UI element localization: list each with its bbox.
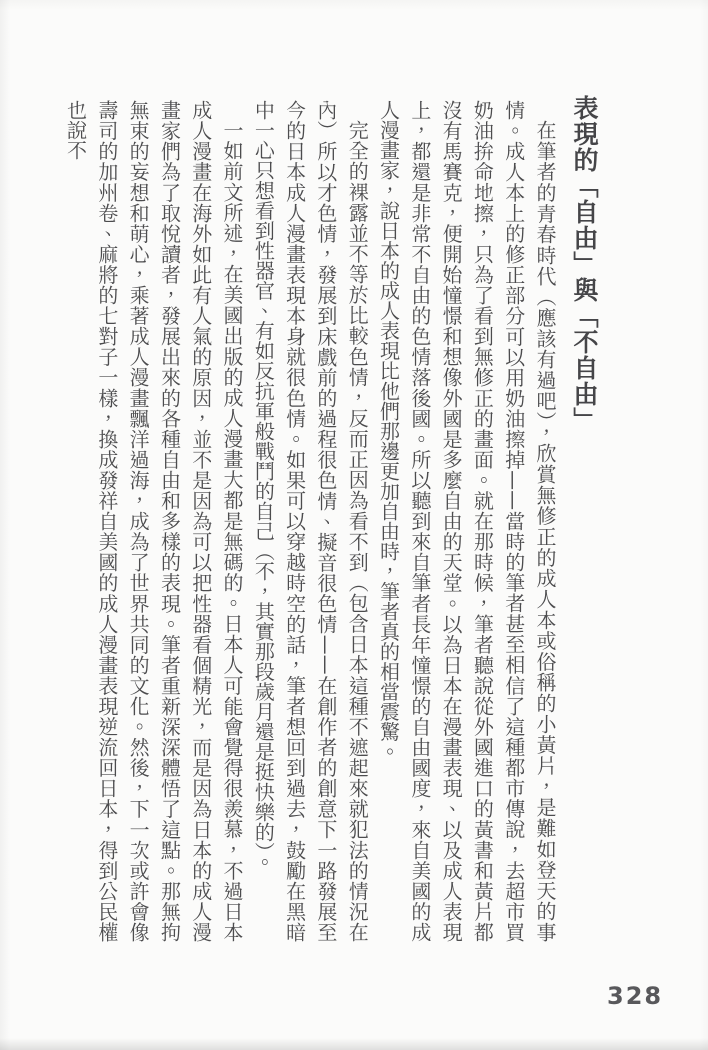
paragraph-3: 一如前文所述，在美國出版的成人漫畫大都是無碼的。日本人可能會覺得很羨慕，不過日本… bbox=[59, 100, 247, 942]
paragraph-2: 完全的裸露並不等於比較色情，反而正因為看不到（包含日本這種不遮起來就犯法的情況在… bbox=[247, 100, 372, 942]
body-text: 在筆者的青春時代（應該有過吧），欣賞無修正的成人本或俗稱的小黃片，是難如登天的事… bbox=[59, 100, 560, 942]
paragraph-1: 在筆者的青春時代（應該有過吧），欣賞無修正的成人本或俗稱的小黃片，是難如登天的事… bbox=[372, 100, 560, 942]
book-page: 表現的「自由」與「不自由」 在筆者的青春時代（應該有過吧），欣賞無修正的成人本或… bbox=[0, 0, 708, 1050]
page-number: 328 bbox=[607, 982, 663, 1010]
chapter-title: 表現的「自由」與「不自由」 bbox=[566, 95, 602, 433]
